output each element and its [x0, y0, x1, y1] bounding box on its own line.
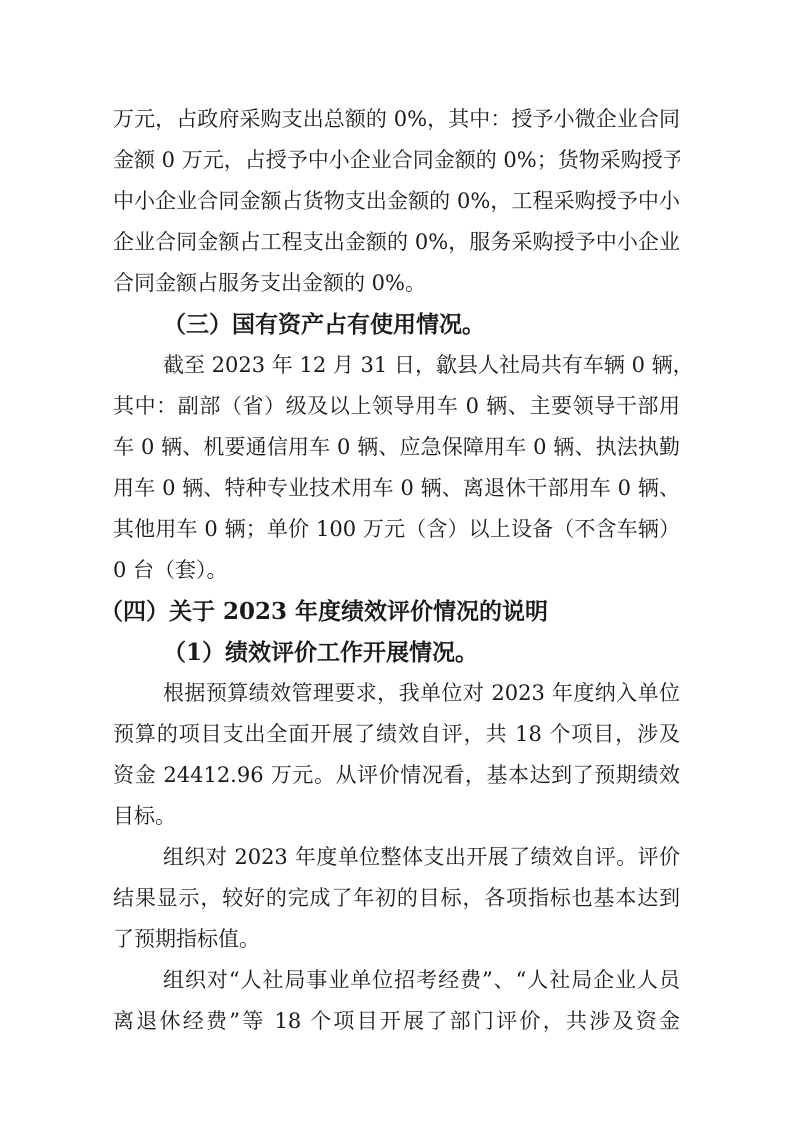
text-line: 组织对 2023 年度单位整体支出开展了绩效自评。评价 — [113, 837, 680, 878]
paragraph-project-self-evaluation: 根据预算绩效管理要求，我单位对 2023 年度纳入单位 预算的项目支出全面开展了… — [113, 673, 680, 837]
text-line: 0 台（套）。 — [113, 550, 680, 591]
document-page: 万元，占政府采购支出总额的 0%，其中：授予小微企业合同 金额 0 万元，占授予… — [0, 0, 793, 1122]
text-line: 离退休经费”等 18 个项目开展了部门评价，共涉及资金 — [113, 1001, 680, 1042]
text-line: 组织对“人社局事业单位招考经费”、“人社局企业人员 — [113, 960, 680, 1001]
text-line: 车 0 辆、机要通信用车 0 辆、应急保障用车 0 辆、执法执勤 — [113, 427, 680, 468]
text-line: 万元，占政府采购支出总额的 0%，其中：授予小微企业合同 — [113, 99, 680, 140]
text-line: 截至 2023 年 12 月 31 日，歙县人社局共有车辆 0 辆， — [113, 345, 680, 386]
paragraph-procurement: 万元，占政府采购支出总额的 0%，其中：授予小微企业合同 金额 0 万元，占授予… — [113, 99, 680, 304]
text-line: 其他用车 0 辆；单价 100 万元（含）以上设备（不含车辆） — [113, 509, 680, 550]
paragraph-department-evaluation: 组织对“人社局事业单位招考经费”、“人社局企业人员 离退休经费”等 18 个项目… — [113, 960, 680, 1042]
text-line: 结果显示，较好的完成了年初的目标，各项指标也基本达到 — [113, 878, 680, 919]
text-line: 用车 0 辆、特种专业技术用车 0 辆、离退休干部用车 0 辆、 — [113, 468, 680, 509]
text-line: 根据预算绩效管理要求，我单位对 2023 年度纳入单位 — [113, 673, 680, 714]
text-line: 中小企业合同金额占货物支出金额的 0%，工程采购授予中小 — [113, 181, 680, 222]
text-line: 目标。 — [113, 796, 680, 837]
text-line: 合同金额占服务支出金额的 0%。 — [113, 263, 680, 304]
text-line: 预算的项目支出全面开展了绩效自评，共 18 个项目，涉及 — [113, 714, 680, 755]
text-line: 其中：副部（省）级及以上领导用车 0 辆、主要领导干部用 — [113, 386, 680, 427]
paragraph-vehicles: 截至 2023 年 12 月 31 日，歙县人社局共有车辆 0 辆， 其中：副部… — [113, 345, 680, 591]
text-line: 资金 24412.96 万元。从评价情况看，基本达到了预期绩效 — [113, 755, 680, 796]
paragraph-overall-self-evaluation: 组织对 2023 年度单位整体支出开展了绩效自评。评价 结果显示，较好的完成了年… — [113, 837, 680, 960]
section-heading-state-assets: （三）国有资产占有使用情况。 — [113, 304, 680, 345]
section-heading-performance-evaluation: （四）关于 2023 年度绩效评价情况的说明 — [100, 591, 680, 632]
text-line: 企业合同金额占工程支出金额的 0%，服务采购授予中小企业 — [113, 222, 680, 263]
text-line: 了预期指标值。 — [113, 919, 680, 960]
subsection-heading-evaluation-work: （1）绩效评价工作开展情况。 — [113, 632, 680, 673]
text-line: 金额 0 万元，占授予中小企业合同金额的 0%；货物采购授予 — [113, 140, 680, 181]
